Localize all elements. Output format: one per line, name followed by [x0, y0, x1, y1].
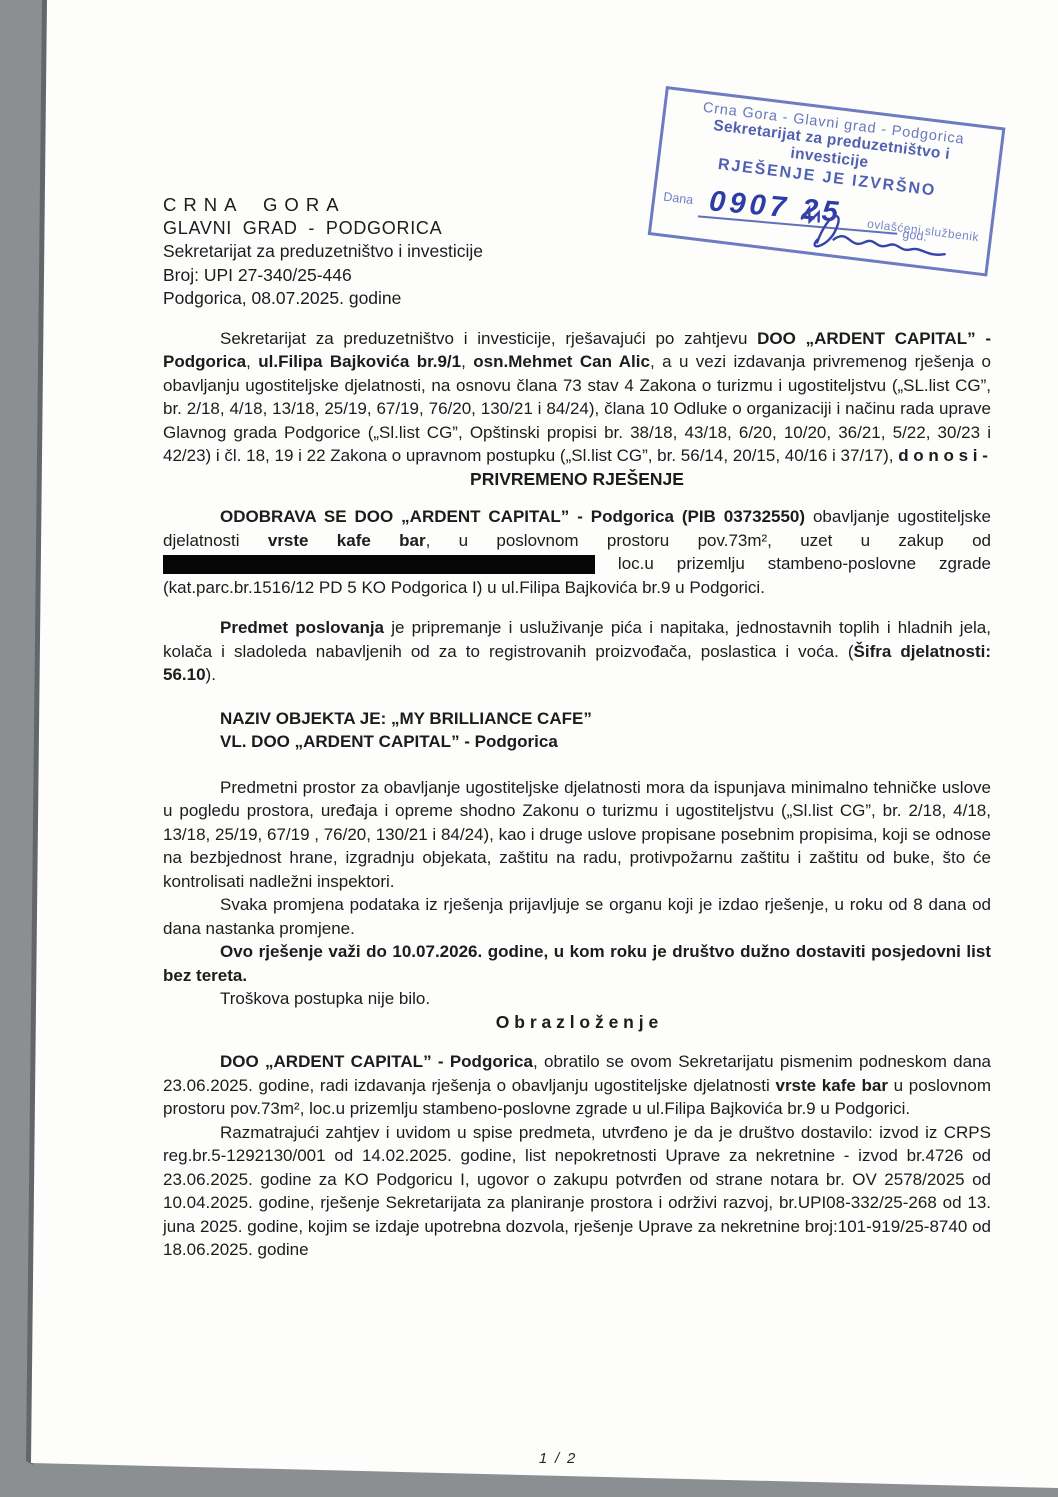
paragraph-business-subject: Predmet poslovanja je pripremanje i uslu… [163, 616, 991, 687]
object-name-line: NAZIV OBJEKTA JE: „MY BRILLIANCE CAFE” [220, 707, 991, 731]
paragraph-change-notice: Svaka promjena podataka iz rješenja prij… [163, 893, 991, 940]
stamp-dana-label: Dana [663, 190, 694, 208]
object-owner-line: VL. DOO „ARDENT CAPITAL” - Podgorica [220, 730, 991, 754]
heading-decision: PRIVREMENO RJEŠENJE [163, 468, 991, 492]
document-text-column: CRNA GORA GLAVNI GRAD - PODGORICA Sekret… [163, 193, 991, 1262]
scanned-document: { "colors": { "stamp_blue": "#4456ae", "… [0, 0, 1058, 1497]
paragraph-rationale-request: DOO „ARDENT CAPITAL” - Podgorica, obrati… [163, 1050, 991, 1121]
paragraph-validity: Ovo rješenje važi do 10.07.2026. godine,… [163, 940, 991, 987]
paragraph-conditions: Predmetni prostor za obavljanje ugostite… [163, 776, 991, 894]
paragraph-costs: Troškova postupka nije bilo. [163, 987, 991, 1011]
paragraph-intro: Sekretarijat za preduzetništvo i investi… [163, 327, 991, 468]
letterhead-case-number: Broj: UPI 27-340/25-446 [163, 264, 991, 288]
page-number: 1 / 2 [163, 1450, 953, 1467]
letterhead-place-date: Podgorica, 08.07.2025. godine [163, 287, 991, 311]
redaction-bar [163, 555, 595, 574]
document-page: CRNA GORA GLAVNI GRAD - PODGORICA Sekret… [0, 0, 1058, 1497]
object-name-block: NAZIV OBJEKTA JE: „MY BRILLIANCE CAFE” V… [220, 707, 991, 754]
paragraph-rationale-evidence: Razmatrajući zahtjev i uvidom u spise pr… [163, 1121, 991, 1262]
paragraph-approval: ODOBRAVA SE DOO „ARDENT CAPITAL” - Podgo… [163, 505, 991, 599]
heading-rationale: O b r a z l o ž e n j e [163, 1011, 991, 1035]
